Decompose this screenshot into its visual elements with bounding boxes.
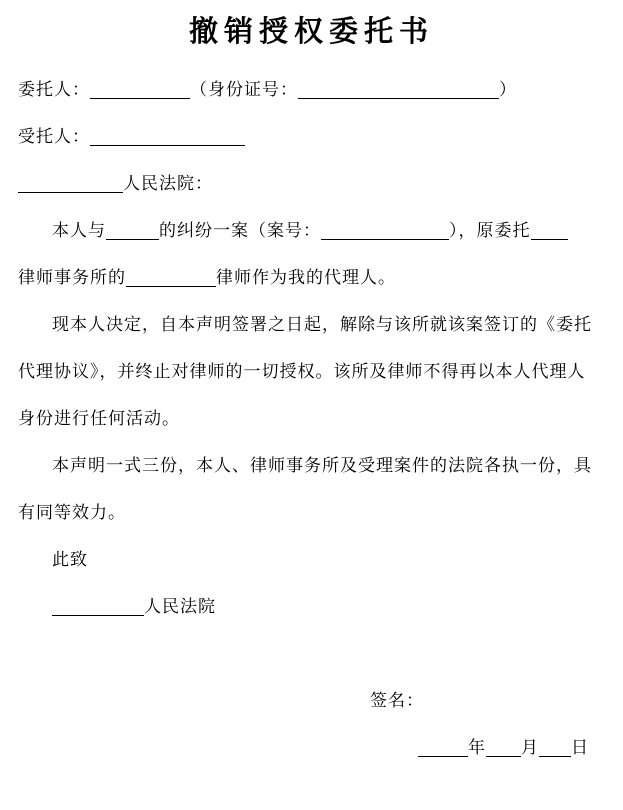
day-label: 日 [571,738,589,757]
trustee-name-blank [90,128,245,146]
blank-line [18,630,609,677]
signature-label: 签名： [370,691,424,710]
para1-text-b: 的纠纷一案（案号： [159,221,321,240]
para1-text-c: ），原委托 [449,221,531,240]
month-blank [486,739,521,757]
signature-line: 签名： [18,677,609,724]
month-label: 月 [521,738,539,757]
id-number-label: （身份证号： [190,80,298,99]
court-header-label: 人民法院： [123,174,213,193]
opposing-party-blank [106,222,159,240]
principal-name-blank [90,81,190,99]
para2-line2: 代理协议》，并终止对律师的一切授权。该所及律师不得再以本人代理人 [18,348,609,395]
document-page: 撤销授权委托书 委托人：（身份证号：） 受托人： 人民法院： 本人与的纠纷一案（… [0,0,623,810]
date-line: 年月日 [18,724,609,771]
closing-court-line: 人民法院 [18,583,609,630]
para1-text-e: 律师作为我的代理人。 [216,268,396,287]
principal-label: 委托人： [18,80,90,99]
para2-line1: 现本人决定，自本声明签署之日起，解除与该所就该案签订的《委托 [18,301,609,348]
court-name-blank [18,175,123,193]
law-firm-blank [531,222,568,240]
para1-text-a: 本人与 [52,221,106,240]
trustee-label: 受托人： [18,127,90,146]
id-number-blank [298,81,499,99]
day-blank [539,739,571,757]
document-body: 委托人：（身份证号：） 受托人： 人民法院： 本人与的纠纷一案（案号：），原委托… [0,66,623,771]
para1-text-d: 律师事务所的 [18,268,126,287]
para3-line2: 有同等效力。 [18,489,609,536]
para3-line1: 本声明一式三份，本人、律师事务所及受理案件的法院各执一份，具 [18,442,609,489]
id-close-paren: ） [499,80,517,99]
closing-court-label: 人民法院 [144,597,216,616]
para1-line1: 本人与的纠纷一案（案号：），原委托 [18,207,609,254]
year-blank [418,739,468,757]
case-number-blank [321,222,449,240]
principal-line: 委托人：（身份证号：） [18,66,609,113]
lawyer-name-blank [126,269,216,287]
closing-salute: 此致 [18,536,609,583]
court-header-line: 人民法院： [18,160,609,207]
closing-court-blank [52,598,144,616]
para2-line3: 身份进行任何活动。 [18,395,609,442]
year-label: 年 [468,738,486,757]
document-title: 撤销授权委托书 [0,0,623,52]
para1-line2: 律师事务所的律师作为我的代理人。 [18,254,609,301]
trustee-line: 受托人： [18,113,609,160]
